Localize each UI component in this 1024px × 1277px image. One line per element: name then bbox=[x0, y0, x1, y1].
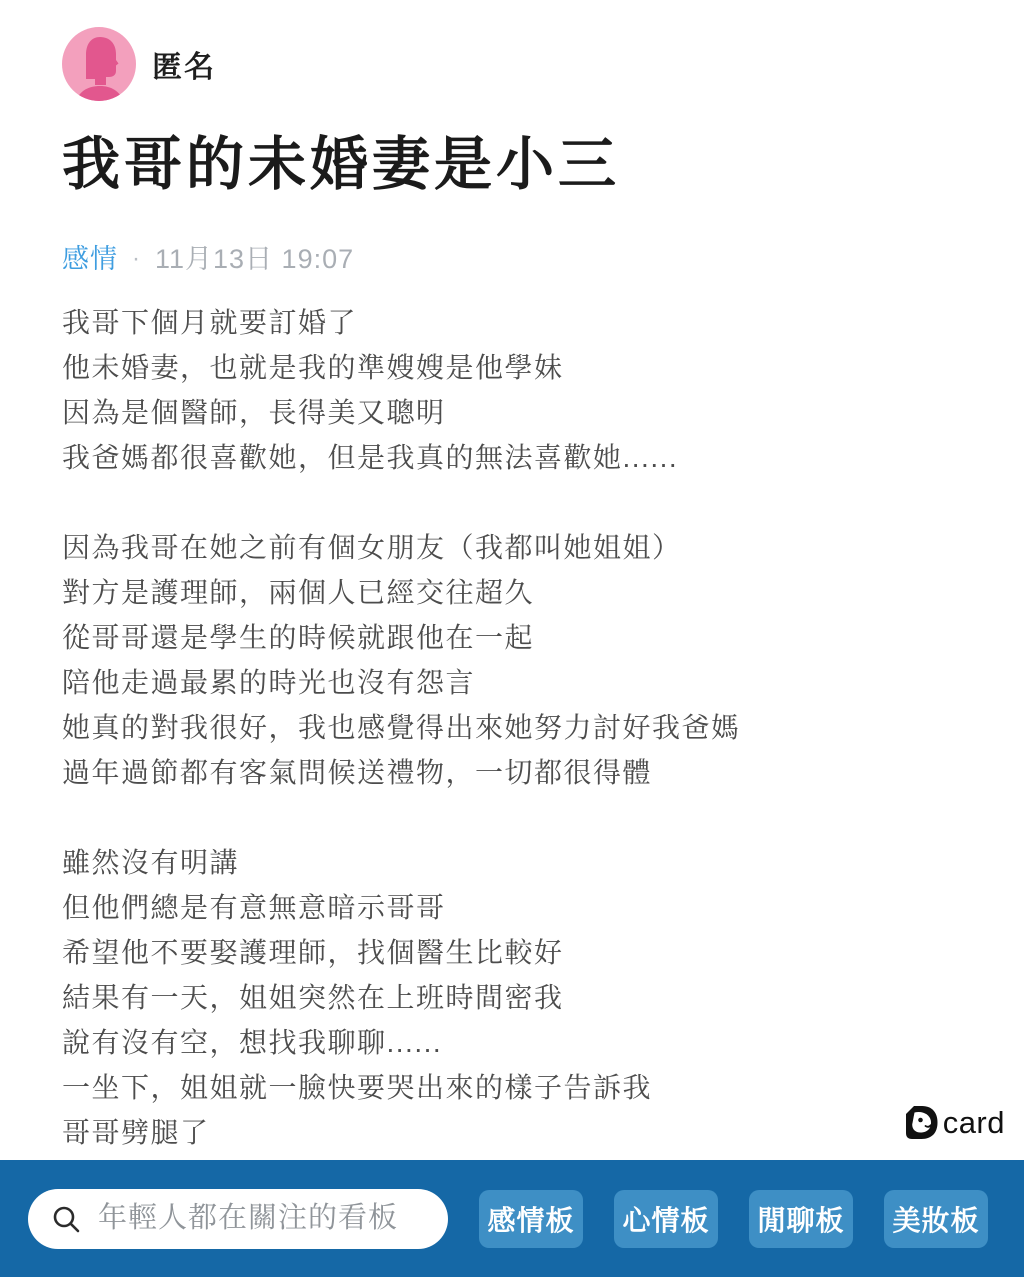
body-line: 因為是個醫師，長得美又聰明 bbox=[62, 390, 960, 435]
search-icon bbox=[50, 1203, 82, 1235]
board-search[interactable] bbox=[28, 1189, 448, 1249]
body-line: 從哥哥還是學生的時候就跟他在一起 bbox=[62, 615, 960, 660]
body-line: 因為我哥在她之前有個女朋友（我都叫她姐姐） bbox=[62, 525, 960, 570]
board-button-group: 感情板 心情板 閒聊板 美妝板 bbox=[479, 1190, 988, 1248]
author-row: 匿名 bbox=[62, 27, 960, 101]
body-line: 哥哥劈腿了 bbox=[62, 1110, 960, 1155]
body-line: 過年過節都有客氣問候送禮物，一切都很得體 bbox=[62, 750, 960, 795]
category-link[interactable]: 感情 bbox=[62, 242, 118, 276]
body-line: 陪他走過最累的時光也沒有怨言 bbox=[62, 660, 960, 705]
dcard-d-icon bbox=[901, 1103, 941, 1143]
anonymous-avatar-icon bbox=[62, 27, 136, 101]
search-input[interactable] bbox=[98, 1202, 428, 1235]
paragraph: 我哥下個月就要訂婚了 他未婚妻，也就是我的準嫂嫂是他學妹 因為是個醫師，長得美又… bbox=[62, 300, 960, 480]
body-line: 對方是護理師，兩個人已經交往超久 bbox=[62, 570, 960, 615]
body-line: 雖然沒有明講 bbox=[62, 840, 960, 885]
post-meta: 感情 · 11月13日 19:07 bbox=[62, 242, 960, 276]
board-button-mood[interactable]: 心情板 bbox=[614, 1190, 718, 1248]
body-line: 她真的對我很好，我也感覺得出來她努力討好我爸媽 bbox=[62, 705, 960, 750]
board-button-makeup[interactable]: 美妝板 bbox=[884, 1190, 988, 1248]
body-line: 說有沒有空，想找我聊聊...... bbox=[62, 1020, 960, 1065]
dcard-logo: card bbox=[901, 1102, 1005, 1144]
body-line: 一坐下，姐姐就一臉快要哭出來的樣子告訴我 bbox=[62, 1065, 960, 1110]
post-page: 匿名 我哥的未婚妻是小三 感情 · 11月13日 19:07 我哥下個月就要訂婚… bbox=[0, 0, 1024, 1277]
post-title: 我哥的未婚妻是小三 bbox=[62, 127, 960, 202]
body-line: 結果有一天，姐姐突然在上班時間密我 bbox=[62, 975, 960, 1020]
post-body: 我哥下個月就要訂婚了 他未婚妻，也就是我的準嫂嫂是他學妹 因為是個醫師，長得美又… bbox=[62, 300, 960, 1155]
dcard-logo-text: card bbox=[943, 1102, 1005, 1144]
body-line: 我哥下個月就要訂婚了 bbox=[62, 300, 960, 345]
body-line: 希望他不要娶護理師，找個醫生比較好 bbox=[62, 930, 960, 975]
paragraph: 雖然沒有明講 但他們總是有意無意暗示哥哥 希望他不要娶護理師，找個醫生比較好 結… bbox=[62, 840, 960, 1155]
board-button-chat[interactable]: 閒聊板 bbox=[749, 1190, 853, 1248]
meta-separator: · bbox=[132, 242, 141, 276]
board-button-relationship[interactable]: 感情板 bbox=[479, 1190, 583, 1248]
paragraph: 因為我哥在她之前有個女朋友（我都叫她姐姐） 對方是護理師，兩個人已經交往超久 從… bbox=[62, 525, 960, 795]
post-content: 匿名 我哥的未婚妻是小三 感情 · 11月13日 19:07 我哥下個月就要訂婚… bbox=[0, 0, 1024, 1155]
body-line: 但他們總是有意無意暗示哥哥 bbox=[62, 885, 960, 930]
bottom-board-bar: 感情板 心情板 閒聊板 美妝板 bbox=[0, 1160, 1024, 1277]
body-line: 我爸媽都很喜歡她，但是我真的無法喜歡她...... bbox=[62, 435, 960, 480]
post-timestamp: 11月13日 19:07 bbox=[155, 242, 354, 276]
body-line: 他未婚妻，也就是我的準嫂嫂是他學妹 bbox=[62, 345, 960, 390]
author-name: 匿名 bbox=[152, 42, 216, 86]
